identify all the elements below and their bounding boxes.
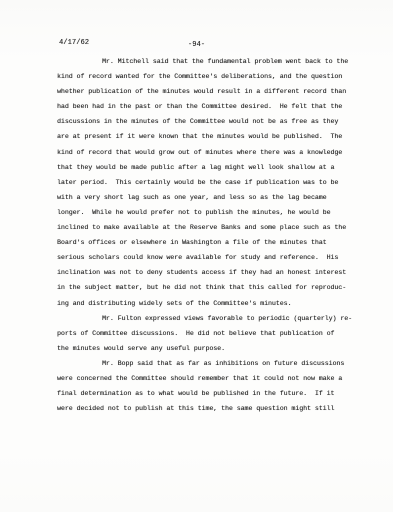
text-line: Mr. Bopp said that as far as inhibitions…	[57, 356, 354, 371]
text-line: kind of record that would grow out of mi…	[57, 145, 354, 160]
text-line: discussions in the minutes of the Commit…	[57, 114, 354, 129]
text-line: Mr. Fulton expressed views favorable to …	[57, 311, 354, 326]
text-line: inclined to make available at the Reserv…	[57, 220, 354, 235]
scanned-document-page: 4/17/62 -94- Mr. Mitchell said that the …	[0, 0, 393, 512]
text-line: are at present if it were known that the…	[57, 129, 354, 144]
text-line: later period. This certainly would be th…	[57, 175, 354, 190]
text-line: kind of record wanted for the Committee'…	[57, 69, 354, 84]
text-line: were concerned the Committee should reme…	[57, 371, 354, 386]
text-line: Mr. Mitchell said that the fundamental p…	[57, 54, 354, 69]
page-number: -94-	[0, 41, 393, 49]
text-line: Board's offices or elsewhere in Washingt…	[57, 235, 354, 250]
text-line: final determination as to what would be …	[57, 386, 354, 401]
text-line: inclination was not to deny students acc…	[57, 265, 354, 280]
document-body: Mr. Mitchell said that the fundamental p…	[57, 54, 354, 416]
text-line: with a very short lag such as one year, …	[57, 190, 354, 205]
text-line: serious scholars could know were availab…	[57, 250, 354, 265]
text-line: had been had in the past or than the Com…	[57, 99, 354, 114]
text-line: were decided not to publish at this time…	[57, 401, 354, 416]
text-line: in the subject matter, but he did not th…	[57, 280, 354, 295]
text-line: longer. While he would prefer not to pub…	[57, 205, 354, 220]
text-line: ports of Committee discussions. He did n…	[57, 326, 354, 341]
text-line: the minutes would serve any useful purpo…	[57, 341, 354, 356]
text-line: ing and distributing widely sets of the …	[57, 296, 354, 311]
text-line: whether publication of the minutes would…	[57, 84, 354, 99]
text-line: that they would be made public after a l…	[57, 160, 354, 175]
